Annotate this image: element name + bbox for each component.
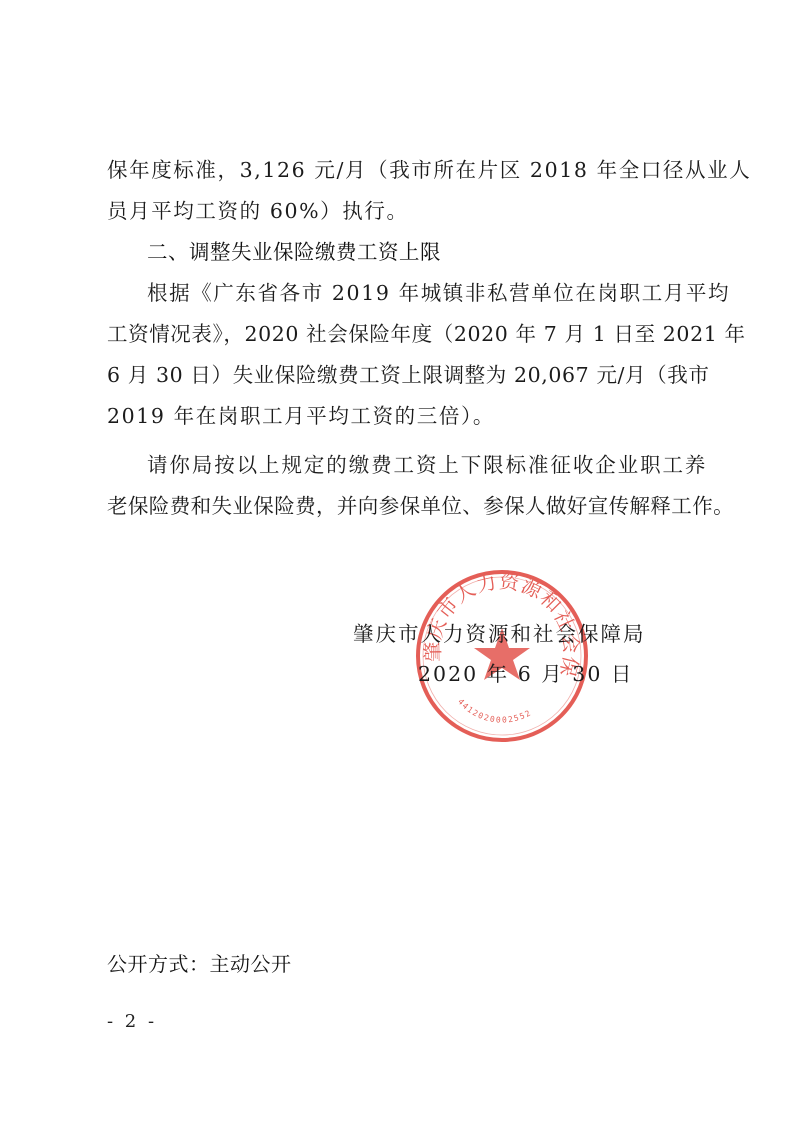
signature-organization: 肇庆市人力资源和社会保障局 [353, 620, 646, 648]
closing-paragraph-line-1: 请你局按以上规定的缴费工资上下限标准征收企业职工养 [147, 451, 707, 479]
page-number: - 2 - [107, 1010, 157, 1034]
section-2-paragraph-line-4: 2019 年在岗职工月平均工资的三倍）。 [107, 402, 707, 430]
section-2-paragraph-line-2: 工资情况表》，2020 社会保险年度（2020 年 7 月 1 日至 2021 … [107, 320, 707, 348]
closing-paragraph-line-2: 老保险费和失业保险费，并向参保单位、参保人做好宣传解释工作。 [107, 492, 707, 520]
official-seal-icon: 肇庆市人力资源和社会保障局 4412020002552 [412, 566, 592, 746]
svg-text:4412020002552: 4412020002552 [456, 697, 533, 725]
signature-date: 2020 年 6 月 30 日 [418, 660, 633, 688]
section-2-heading: 二、调整失业保险缴费工资上限 [147, 238, 707, 266]
section-2-paragraph-line-3: 6 月 30 日）失业保险缴费工资上限调整为 20,067 元/月（我市 [107, 361, 707, 389]
section-2-paragraph-line-1: 根据《广东省各市 2019 年城镇非私营单位在岗职工月平均 [147, 279, 707, 307]
disclosure-method: 公开方式：主动公开 [107, 950, 292, 978]
document-page: 保年度标准，3,126 元/月（我市所在片区 2018 年全口径从业人 员月平均… [0, 0, 800, 1131]
paragraph-1-line-1: 保年度标准，3,126 元/月（我市所在片区 2018 年全口径从业人 [107, 156, 707, 184]
paragraph-1-line-2: 员月平均工资的 60%）执行。 [107, 197, 707, 225]
